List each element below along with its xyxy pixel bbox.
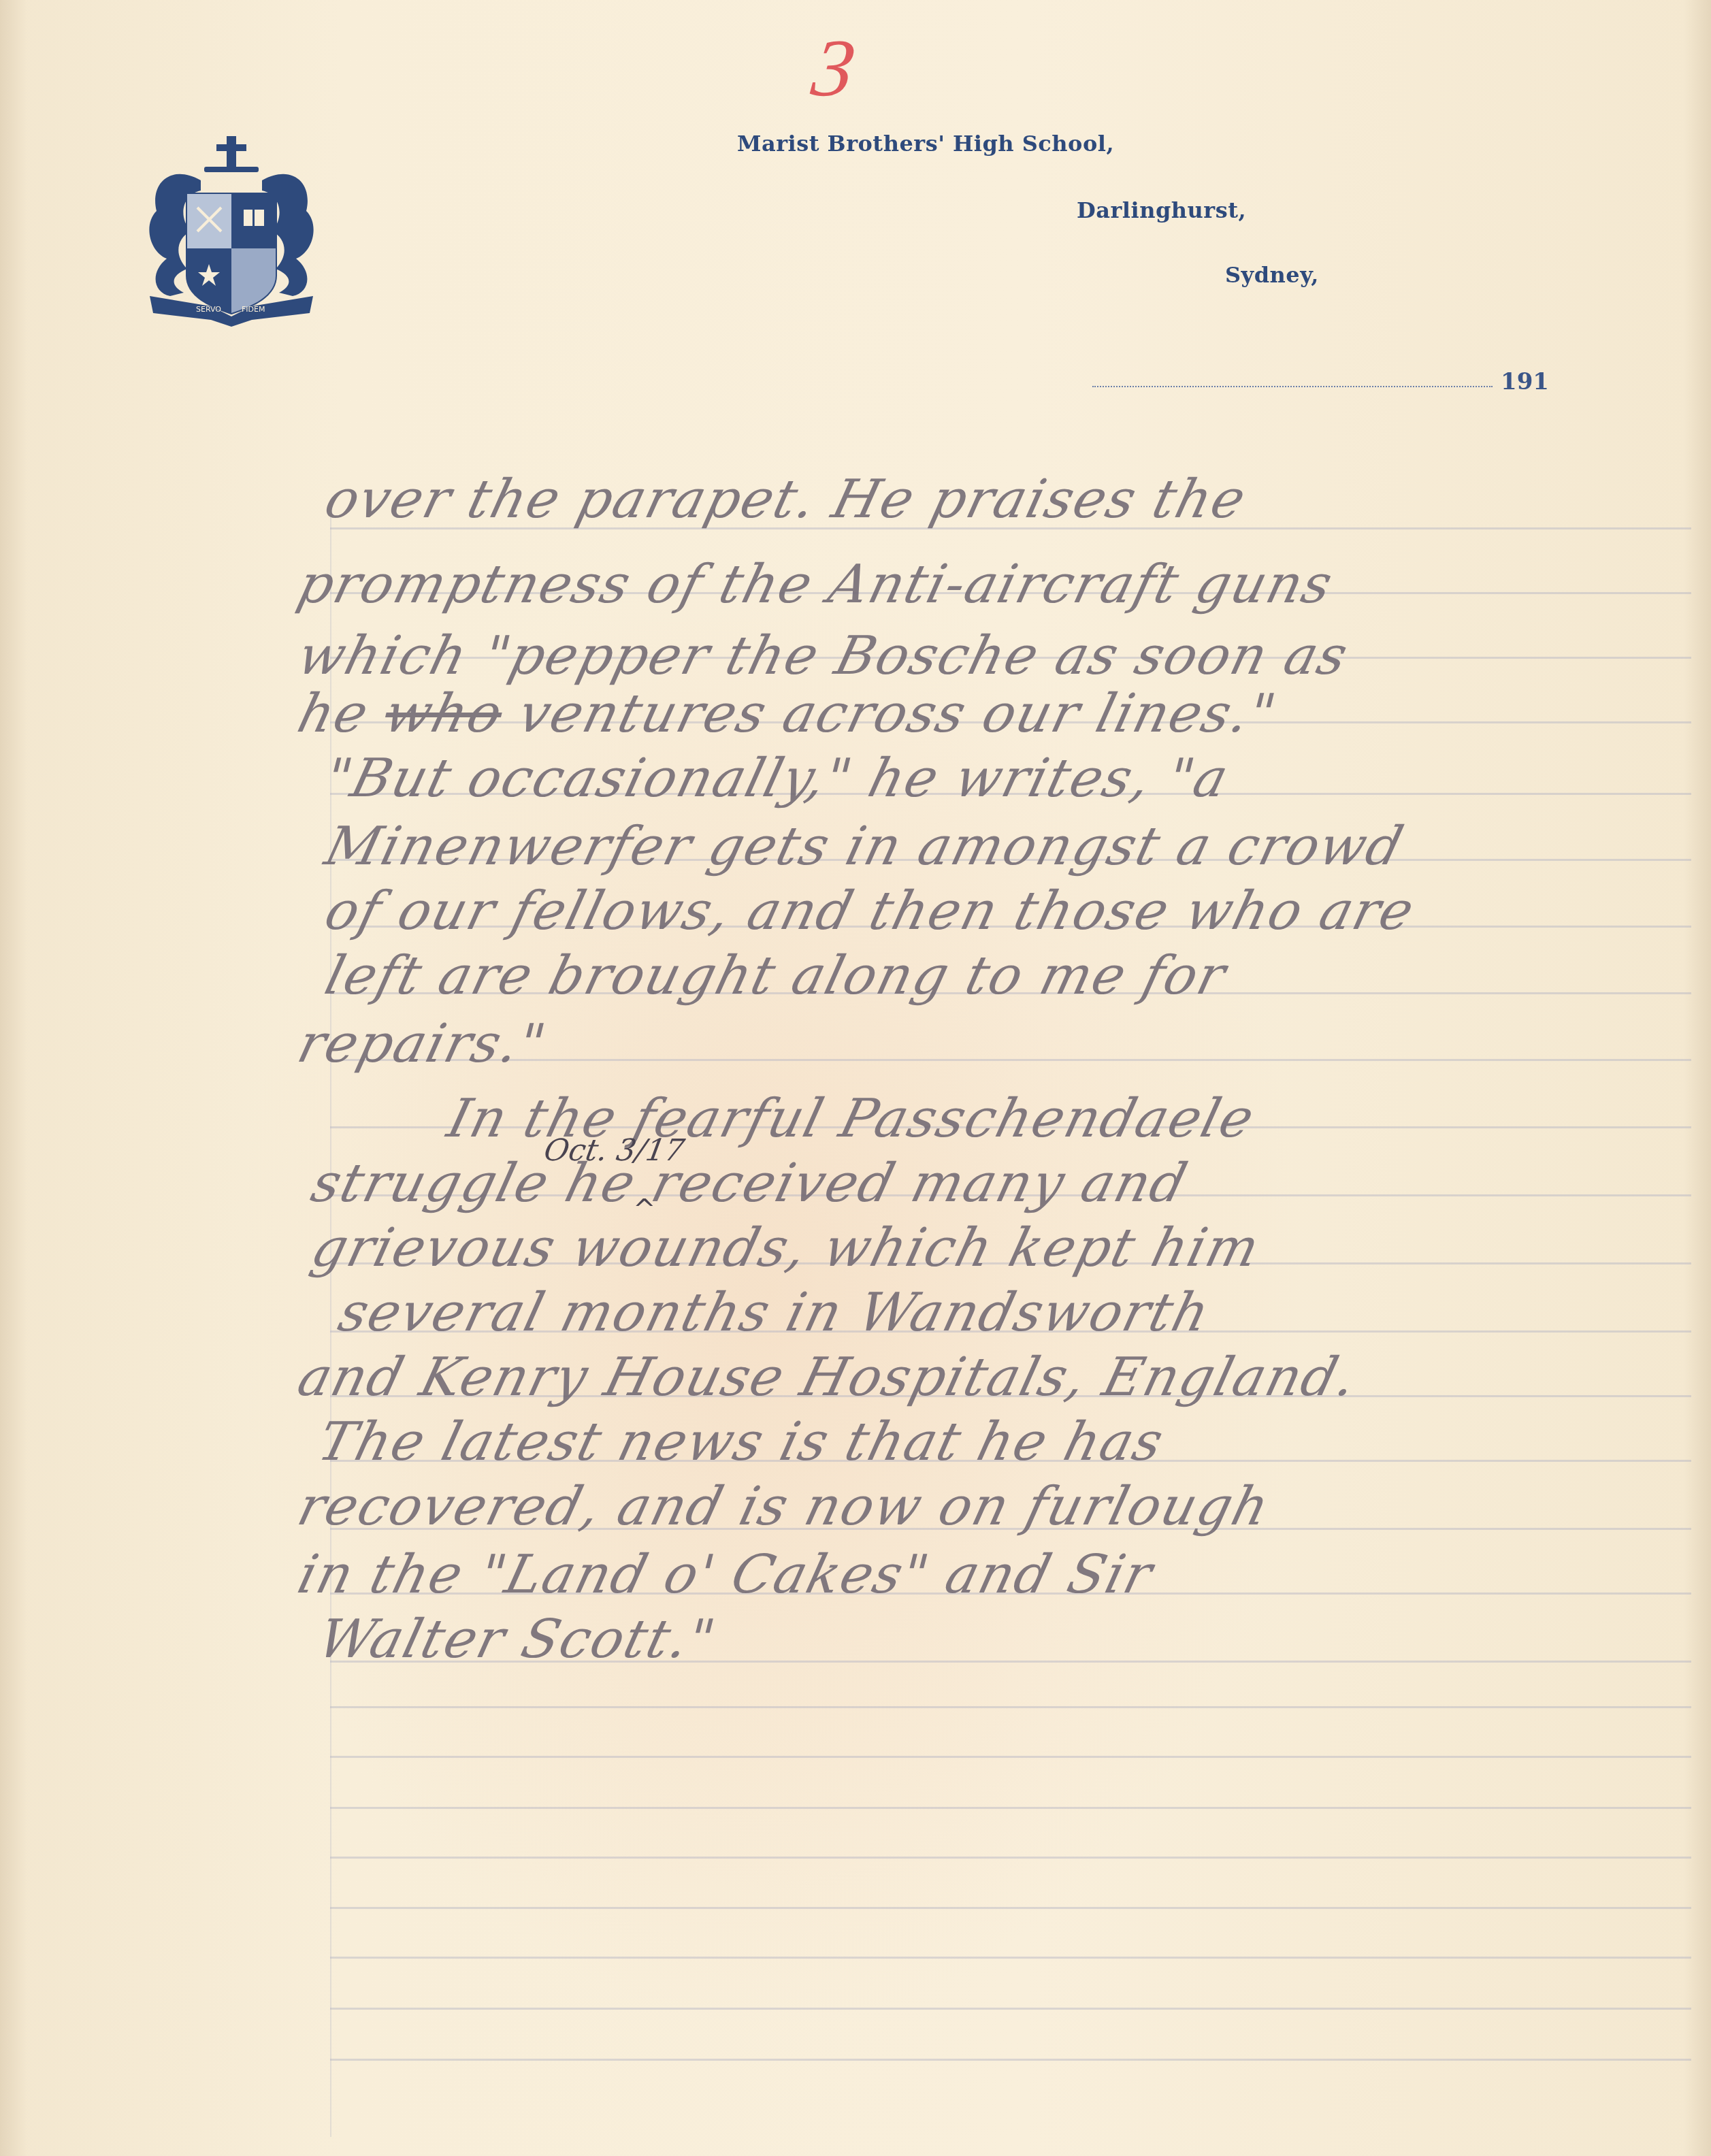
- ruled-line: [330, 1706, 1691, 1708]
- handwritten-line: The latest news is that he has: [313, 1416, 1169, 1469]
- handwritten-word: he: [292, 683, 394, 745]
- crest-motto-right: FIDEM: [242, 305, 265, 314]
- handwritten-line: Walter Scott.": [313, 1613, 721, 1666]
- ruled-line: [330, 1807, 1691, 1809]
- ruled-line: [330, 2059, 1691, 2061]
- handwritten-line: in the "Land o' Cakes" and Sir: [293, 1548, 1158, 1601]
- page-edge-shadow: [0, 0, 27, 2156]
- letter-page: 3: [0, 0, 1711, 2156]
- handwritten-line: "But occasionally," he writes, "a: [320, 752, 1234, 805]
- handwritten-line: left are brought along to me for: [320, 949, 1232, 1002]
- ruled-line: [330, 1857, 1691, 1859]
- handwritten-word: ventures across our lines.": [494, 683, 1283, 745]
- letterhead-suburb: Darlinghurst,: [1077, 197, 1246, 223]
- page-edge-shadow: [1684, 0, 1711, 2156]
- handwritten-line: several months in Wandsworth: [333, 1286, 1216, 1339]
- ruled-line: [330, 2008, 1691, 2010]
- date-year-prefix: 191: [1501, 368, 1549, 395]
- page-number: 3: [808, 27, 860, 109]
- ruled-line: [330, 1957, 1691, 1959]
- handwritten-line: promptness of the Anti-aircraft guns: [293, 558, 1338, 611]
- handwritten-line: grievous wounds, which kept him: [306, 1222, 1265, 1275]
- handwritten-line: Minenwerfer gets in amongst a crowd: [320, 820, 1409, 873]
- handwritten-line: over the parapet. He praises the: [320, 473, 1252, 526]
- letterhead-city: Sydney,: [1225, 262, 1319, 288]
- date-dotted-line: [1092, 386, 1493, 387]
- coat-of-arms-icon: SERVO FIDEM: [129, 129, 333, 327]
- handwritten-line: he who ventures across our lines.": [293, 687, 1282, 740]
- handwritten-line: which "pepper the Bosche as soon as: [293, 630, 1354, 683]
- handwritten-line: struggle he received many and: [306, 1157, 1193, 1210]
- struck-word: who: [378, 683, 509, 745]
- handwritten-line: recovered, and is now on furlough: [293, 1480, 1275, 1533]
- handwritten-line: and Kenry House Hospitals, England.: [293, 1351, 1363, 1404]
- ruled-line: [330, 1756, 1691, 1758]
- handwritten-line: repairs.": [293, 1017, 551, 1071]
- handwritten-line: of our fellows, and then those who are: [320, 885, 1420, 938]
- crest-motto-left: SERVO: [196, 305, 221, 314]
- letterhead-school-name: Marist Brothers' High School,: [737, 131, 1114, 157]
- school-crest-logo: SERVO FIDEM: [129, 129, 333, 327]
- ruled-line: [330, 1907, 1691, 1909]
